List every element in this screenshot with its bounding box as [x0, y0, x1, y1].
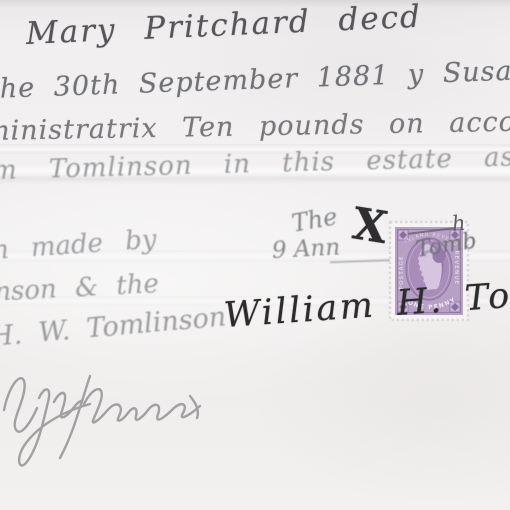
body-line-amount: ministratrix Ten pounds on accoun [0, 106, 510, 147]
annotation-nine-ann: 9 Ann [271, 234, 340, 264]
flourish-signature [0, 358, 234, 473]
heading-name-line: Mary Pritchard decd [25, 0, 422, 52]
pencil-line-hw-tomlinson: H. W. Tomlinson [0, 301, 227, 353]
body-line-date: the 30th September 1881 y Susan S [0, 54, 510, 105]
signature-william-h-tomlinson: William H. Tomli [223, 272, 510, 336]
x-cancel-mark: X [349, 198, 391, 254]
scanned-document-page: Mary Pritchard decd the 30th September 1… [0, 0, 510, 510]
body-line-estate: m Tomlinson in this estate as [0, 142, 510, 186]
annotation-the: The [290, 202, 340, 238]
pencil-line-inson-and-the: inson & the [0, 269, 160, 308]
pencil-line-made-by: n made by [0, 225, 157, 266]
flourish-signature-graphic [0, 358, 234, 473]
